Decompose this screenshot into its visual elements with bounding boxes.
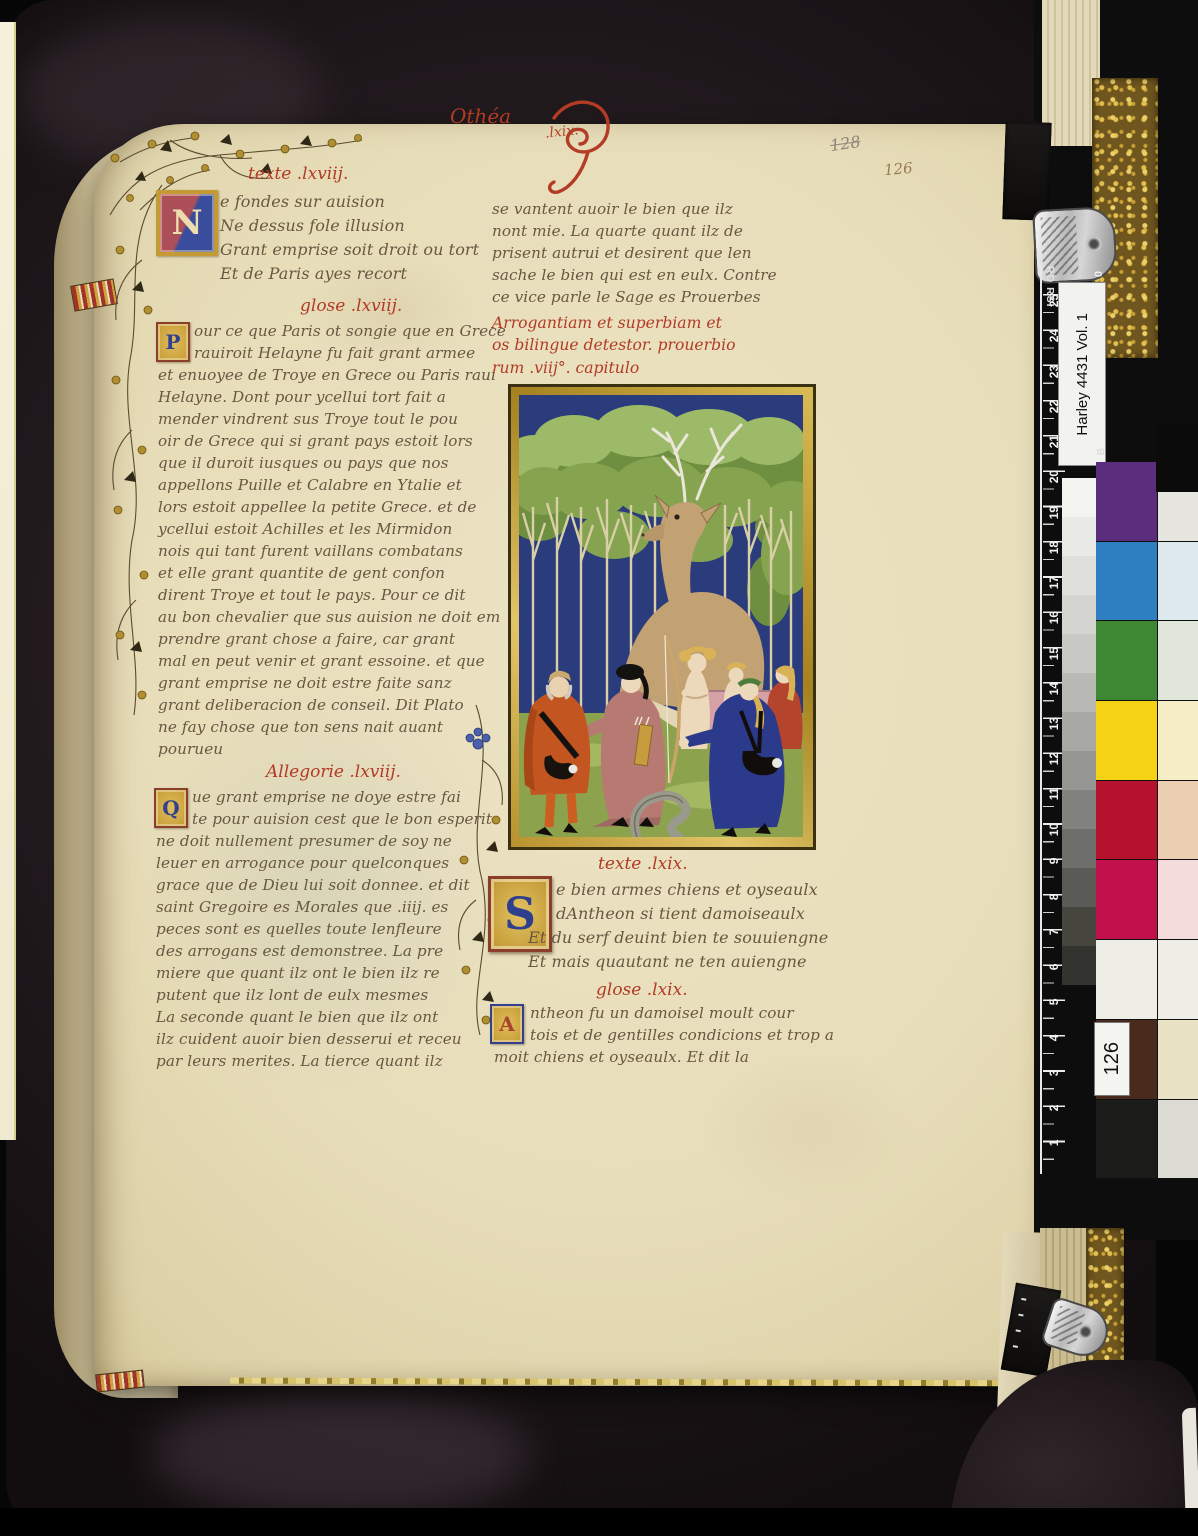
text-line: La seconde quant le bien que ilz ont	[156, 1006, 492, 1028]
latin-quotation: Arrogantiam et superbiam etos bilingue d…	[492, 312, 735, 379]
text-line: tois et de gentilles condicions et trop …	[530, 1024, 834, 1046]
text-line: nont mie. La quarte quant ilz de	[492, 220, 777, 242]
text-line: que il duroit iusques ou pays que nos	[158, 452, 506, 474]
color-patch-strong	[1096, 701, 1158, 780]
color-patch-pale	[1158, 1020, 1198, 1099]
grayscale-step	[1062, 712, 1096, 751]
text-line: Et mais quautant ne ten auiengne	[528, 950, 828, 974]
text-line: e bien armes chiens et oyseaulx	[556, 878, 828, 902]
ruler-number: 17	[1047, 576, 1061, 611]
strap-top	[1002, 121, 1051, 221]
color-patch-pale	[1158, 1100, 1198, 1179]
text-line: ycellui estoit Achilles et les Mirmidon	[158, 518, 506, 540]
text-line: saint Gregoire es Morales que .iiij. es	[156, 896, 492, 918]
ruler-number: 1	[1047, 1140, 1061, 1175]
ruler-number: 11	[1047, 788, 1061, 823]
text-line: et elle grant quantite de gent confon	[158, 562, 506, 584]
text-line: dirent Troye et tout le pays. Pour ce di…	[158, 584, 506, 606]
folio-tab-label: 126	[1094, 1022, 1130, 1096]
color-patch-strong	[1096, 781, 1158, 860]
ruler-number: 13	[1047, 717, 1061, 752]
text-line: ue grant emprise ne doye estre fai	[192, 786, 492, 808]
text-line: putent que ilz lont de eulx mesmes	[156, 984, 492, 1006]
text-line: oir de Grece qui si grant pays estoit lo…	[158, 430, 506, 452]
page-header-title: Othéa	[450, 104, 511, 128]
ruler-number: 19	[1047, 506, 1061, 541]
text-line: leuer en arrogance pour quelconques	[156, 852, 492, 874]
allegorie-68-text: ue grant emprise ne doye estre faite pou…	[156, 786, 492, 1072]
ruler-number: 3	[1047, 1070, 1061, 1105]
folio-number-new: 126	[883, 159, 913, 179]
miniature-diana-actaeon	[519, 395, 803, 837]
text-line: rauiroit Helayne fu fait grant armee	[194, 342, 506, 364]
ruler-number: 14	[1047, 682, 1061, 717]
text-line: grace que de Dieu lui soit donnee. et di…	[156, 874, 492, 896]
text-line: nois qui tant furent vaillans combatans	[158, 540, 506, 562]
text-line: appellons Puille et Calabre en Ytalie et	[158, 474, 506, 496]
color-patch-row	[1096, 542, 1198, 622]
grayscale-step	[1062, 790, 1096, 829]
text-line: au bon chevalier que sus auision ne doit…	[158, 606, 506, 628]
text-line: mender vindrent sus Troye tout le pou	[158, 408, 506, 430]
text-line: sache le bien qui est en eulx. Contre	[492, 264, 777, 286]
rubric-glose-68: glose .lxviij.	[300, 296, 402, 316]
glose-68-text: our ce que Paris ot songie que en Grecer…	[158, 320, 506, 760]
text-line: Arrogantiam et superbiam et	[492, 312, 735, 334]
ruler-number: 9	[1047, 858, 1061, 893]
text-line: prendre grant chose a faire, car grant	[158, 628, 506, 650]
color-patch-row	[1096, 621, 1198, 701]
illuminated-initial-n: N	[156, 190, 218, 256]
grayscale-step	[1062, 595, 1096, 634]
parchment-stain	[700, 1050, 920, 1210]
text-line: par leurs merites. La tierce quant ilz	[156, 1050, 492, 1072]
text-line: moit chiens et oyseaulx. Et dit la	[494, 1046, 834, 1068]
text-line: des arrogans est demonstree. La pre	[156, 940, 492, 962]
color-patch-pale	[1158, 621, 1198, 700]
color-patch-strong	[1096, 542, 1158, 621]
ruler-number: 10	[1047, 823, 1061, 858]
grayscale-step	[1062, 868, 1096, 907]
grayscale-step	[1062, 907, 1096, 946]
glose-69-text: ntheon fu un damoisel moult courtois et …	[494, 1002, 834, 1068]
folio-tab-text: 126	[1101, 1042, 1124, 1075]
text-line: peces sont es quelles toute lenfleure	[156, 918, 492, 940]
grayscale-wedge	[1062, 478, 1096, 985]
text-line: miere que quant ilz ont le bien ilz re	[156, 962, 492, 984]
color-patch-row	[1096, 860, 1198, 940]
chapter-numeral-flourish	[532, 96, 632, 198]
color-patch-row	[1096, 701, 1198, 781]
text-line: Et du serf deuint bien te souuiengne	[528, 926, 828, 950]
text-line: lors estoit appellee la petite Grece. et…	[158, 496, 506, 518]
grayscale-step	[1062, 946, 1096, 985]
text-line: ntheon fu un damoisel moult cour	[530, 1002, 834, 1024]
text-line: Ne dessus fole illusion	[220, 214, 479, 238]
grayscale-step	[1062, 556, 1096, 595]
ruler-number: 12	[1047, 752, 1061, 787]
rubric-glose-69: glose .lxix.	[596, 980, 688, 1000]
color-patch-pale	[1158, 940, 1198, 1019]
glose-continuation-text: se vantent auoir le bien que ilznont mie…	[492, 198, 777, 308]
ruler-number: 15	[1047, 647, 1061, 682]
ruler-number: 18	[1047, 541, 1061, 576]
text-line: se vantent auoir le bien que ilz	[492, 198, 777, 220]
ruler-number: 6	[1047, 964, 1061, 999]
shelfmark-label: Harley 4431 Vol. 1	[1058, 282, 1106, 466]
color-patch-pale	[1158, 542, 1198, 621]
text-line: prisent autrui et desirent que len	[492, 242, 777, 264]
grayscale-step	[1062, 517, 1096, 556]
ruler-number: 16	[1047, 611, 1061, 646]
grayscale-step	[1062, 478, 1096, 517]
color-patch-pale	[1158, 781, 1198, 860]
text-line: grant emprise ne doit estre faite sanz	[158, 672, 506, 694]
text-line: et enuoyee de Troye en Grece ou Paris ra…	[158, 364, 506, 386]
grayscale-step	[1062, 634, 1096, 673]
rubric-texte-69: texte .lxix.	[598, 854, 688, 874]
photo-edge-sliver	[0, 22, 16, 1140]
text-line: ce vice parle le Sage es Prouerbes	[492, 286, 777, 308]
velvet-fold	[150, 1390, 530, 1520]
ruler-number: 8	[1047, 894, 1061, 929]
ruler-number: 5	[1047, 999, 1061, 1034]
color-patch-strong	[1096, 462, 1158, 541]
color-patch-strong	[1096, 621, 1158, 700]
color-patch-row	[1096, 940, 1198, 1020]
shelfmark-text: Harley 4431 Vol. 1	[1074, 313, 1091, 436]
text-line: rum .viij°. capitulo	[492, 357, 735, 379]
text-line: os bilingue detestor. prouerbio	[492, 334, 735, 356]
grayscale-step	[1062, 673, 1096, 712]
ruler-zero-label: 0	[1093, 271, 1105, 277]
ruler-number: 7	[1047, 929, 1061, 964]
text-line: ilz cuident auoir bien desserui et receu	[156, 1028, 492, 1050]
text-line: dAntheon si tient damoiseaulx	[556, 902, 828, 926]
text-line: te pour auision cest que le bon esperit	[192, 808, 492, 830]
rubric-allegorie-68: Allegorie .lxviij.	[266, 762, 401, 782]
ruler-number: 20	[1047, 470, 1061, 505]
texte-69-verses: e bien armes chiens et oyseaulxdAntheon …	[556, 878, 828, 974]
color-patch-row	[1096, 781, 1198, 861]
text-line: mal en peut venir et grant essoine. et q…	[158, 650, 506, 672]
text-line: our ce que Paris ot songie que en Grece	[194, 320, 506, 342]
text-line: Et de Paris ayes recort	[220, 262, 479, 286]
text-line: e fondes sur auision	[220, 190, 479, 214]
color-patch-strong	[1096, 860, 1158, 939]
texte-68-verses: e fondes sur auisionNe dessus fole illus…	[220, 190, 479, 286]
ruler-number: 2	[1047, 1105, 1061, 1140]
manuscript-photo: Othéa .lxix. 128 126	[0, 0, 1198, 1536]
color-patch-strong	[1096, 940, 1158, 1019]
color-patch-pale	[1158, 701, 1198, 780]
color-patch-pale	[1158, 860, 1198, 939]
text-line: Helayne. Dont pour ycellui tort fait a	[158, 386, 506, 408]
color-patch-row	[1096, 1100, 1198, 1180]
text-line: Grant emprise soit droit ou tort	[220, 238, 479, 262]
grayscale-step	[1062, 751, 1096, 790]
photo-bottom-border	[0, 1508, 1198, 1536]
miniature-frame	[508, 384, 816, 850]
text-line: pourueu	[158, 738, 506, 760]
patch-column-label: B	[1096, 448, 1107, 455]
ruler-number: 4	[1047, 1035, 1061, 1070]
grayscale-step	[1062, 829, 1096, 868]
color-patch-strong	[1096, 1100, 1158, 1179]
ruler-edge-line	[1040, 266, 1042, 1174]
text-line: ne fay chose que ton sens nait auant	[158, 716, 506, 738]
text-line: ne doit nullement presumer de soy ne	[156, 830, 492, 852]
rubric-texte-68: texte .lxviij.	[248, 164, 348, 184]
text-line: grant deliberacion de conseil. Dit Plato	[158, 694, 506, 716]
black-tab-overlay	[1156, 424, 1198, 492]
